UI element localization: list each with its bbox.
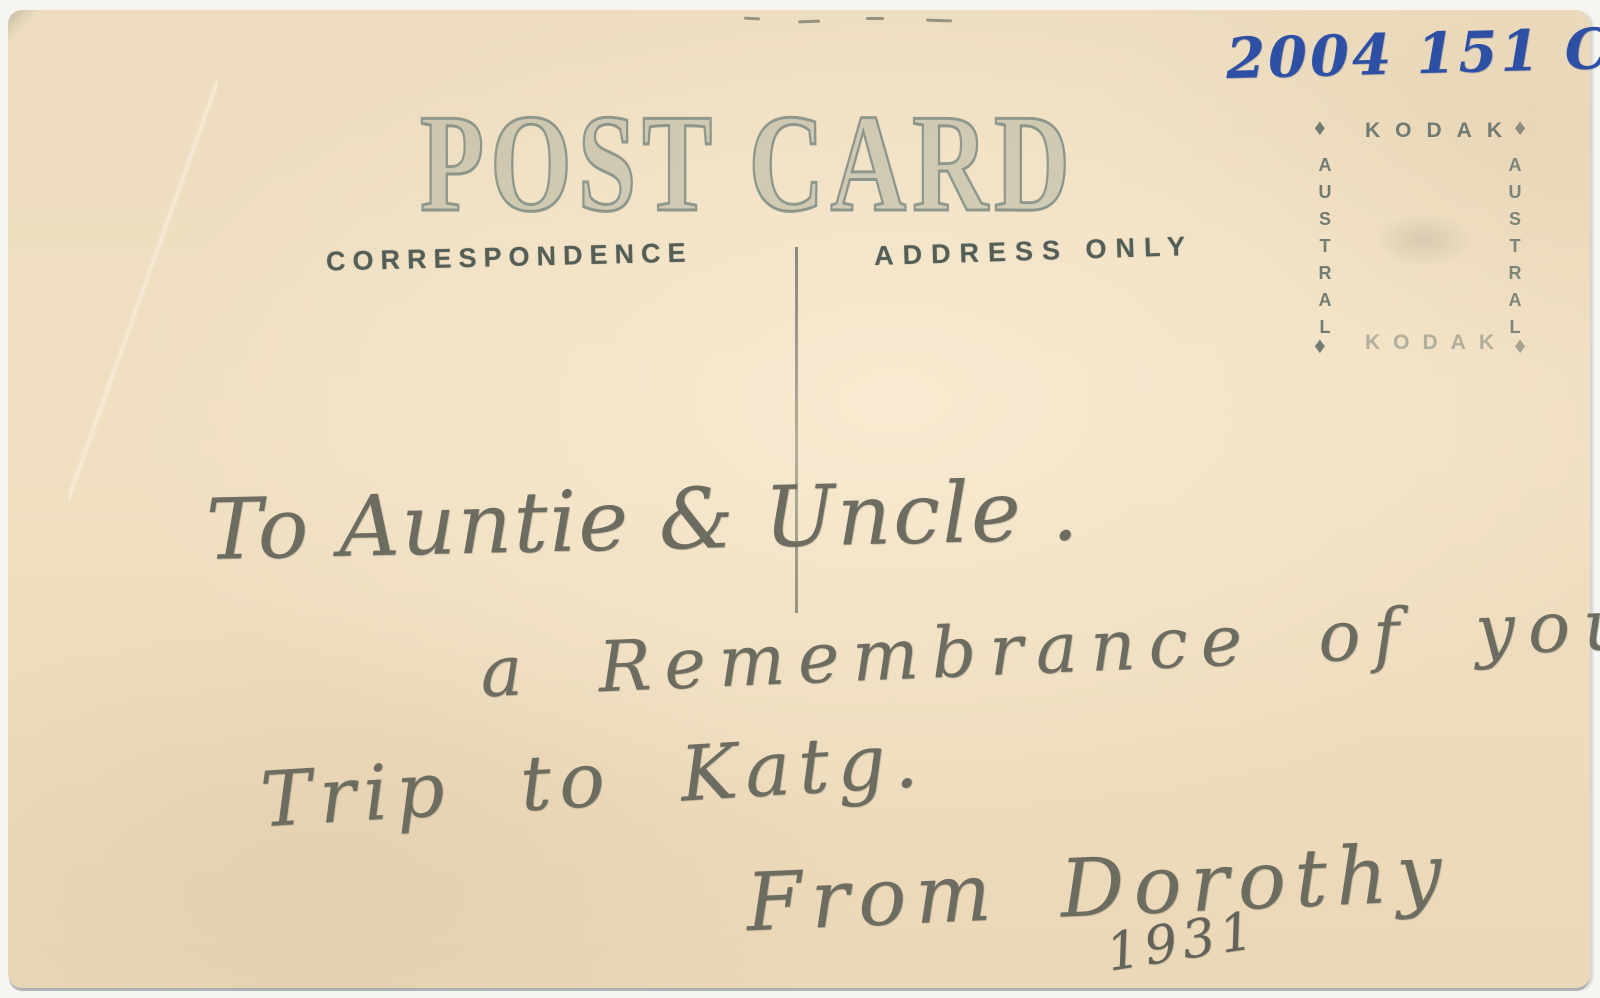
ink-smudge (1358, 205, 1488, 275)
edge-mark (926, 19, 952, 23)
stamp-box-side-left: AUSTRAL (1316, 155, 1334, 327)
message-signature: From Dorothy (745, 833, 1453, 944)
edge-mark (866, 17, 884, 20)
message-salutation: To Auntie & Uncle . (205, 468, 1081, 572)
message-body-line-2: Trip to Katg. (258, 722, 927, 839)
paper-crease (68, 80, 218, 500)
address-only-label: ADDRESS ONLY (874, 233, 1195, 270)
postcard-title: POST CARD (420, 94, 1076, 234)
correspondence-label: CORRESPONDENCE (326, 240, 693, 276)
message-body-line-1: a Remembrance of your (479, 587, 1600, 708)
catalog-number-handwritten: 2004 151 C (1225, 21, 1600, 87)
postcard-back: 2004 151 C POST CARD CORRESPONDENCE ADDR… (8, 10, 1590, 988)
stamp-box-maker-bottom: KODAK (1350, 331, 1490, 355)
edge-mark (744, 17, 760, 21)
postcard-title-text: POST CARD (420, 94, 1076, 234)
stamp-box-side-right: AUSTRAL (1506, 155, 1524, 327)
edge-mark (798, 20, 820, 24)
stamp-box-maker-top: KODAK (1350, 119, 1490, 143)
corner-damage (8, 10, 38, 40)
diamond-icon: ♦ (1314, 116, 1326, 139)
